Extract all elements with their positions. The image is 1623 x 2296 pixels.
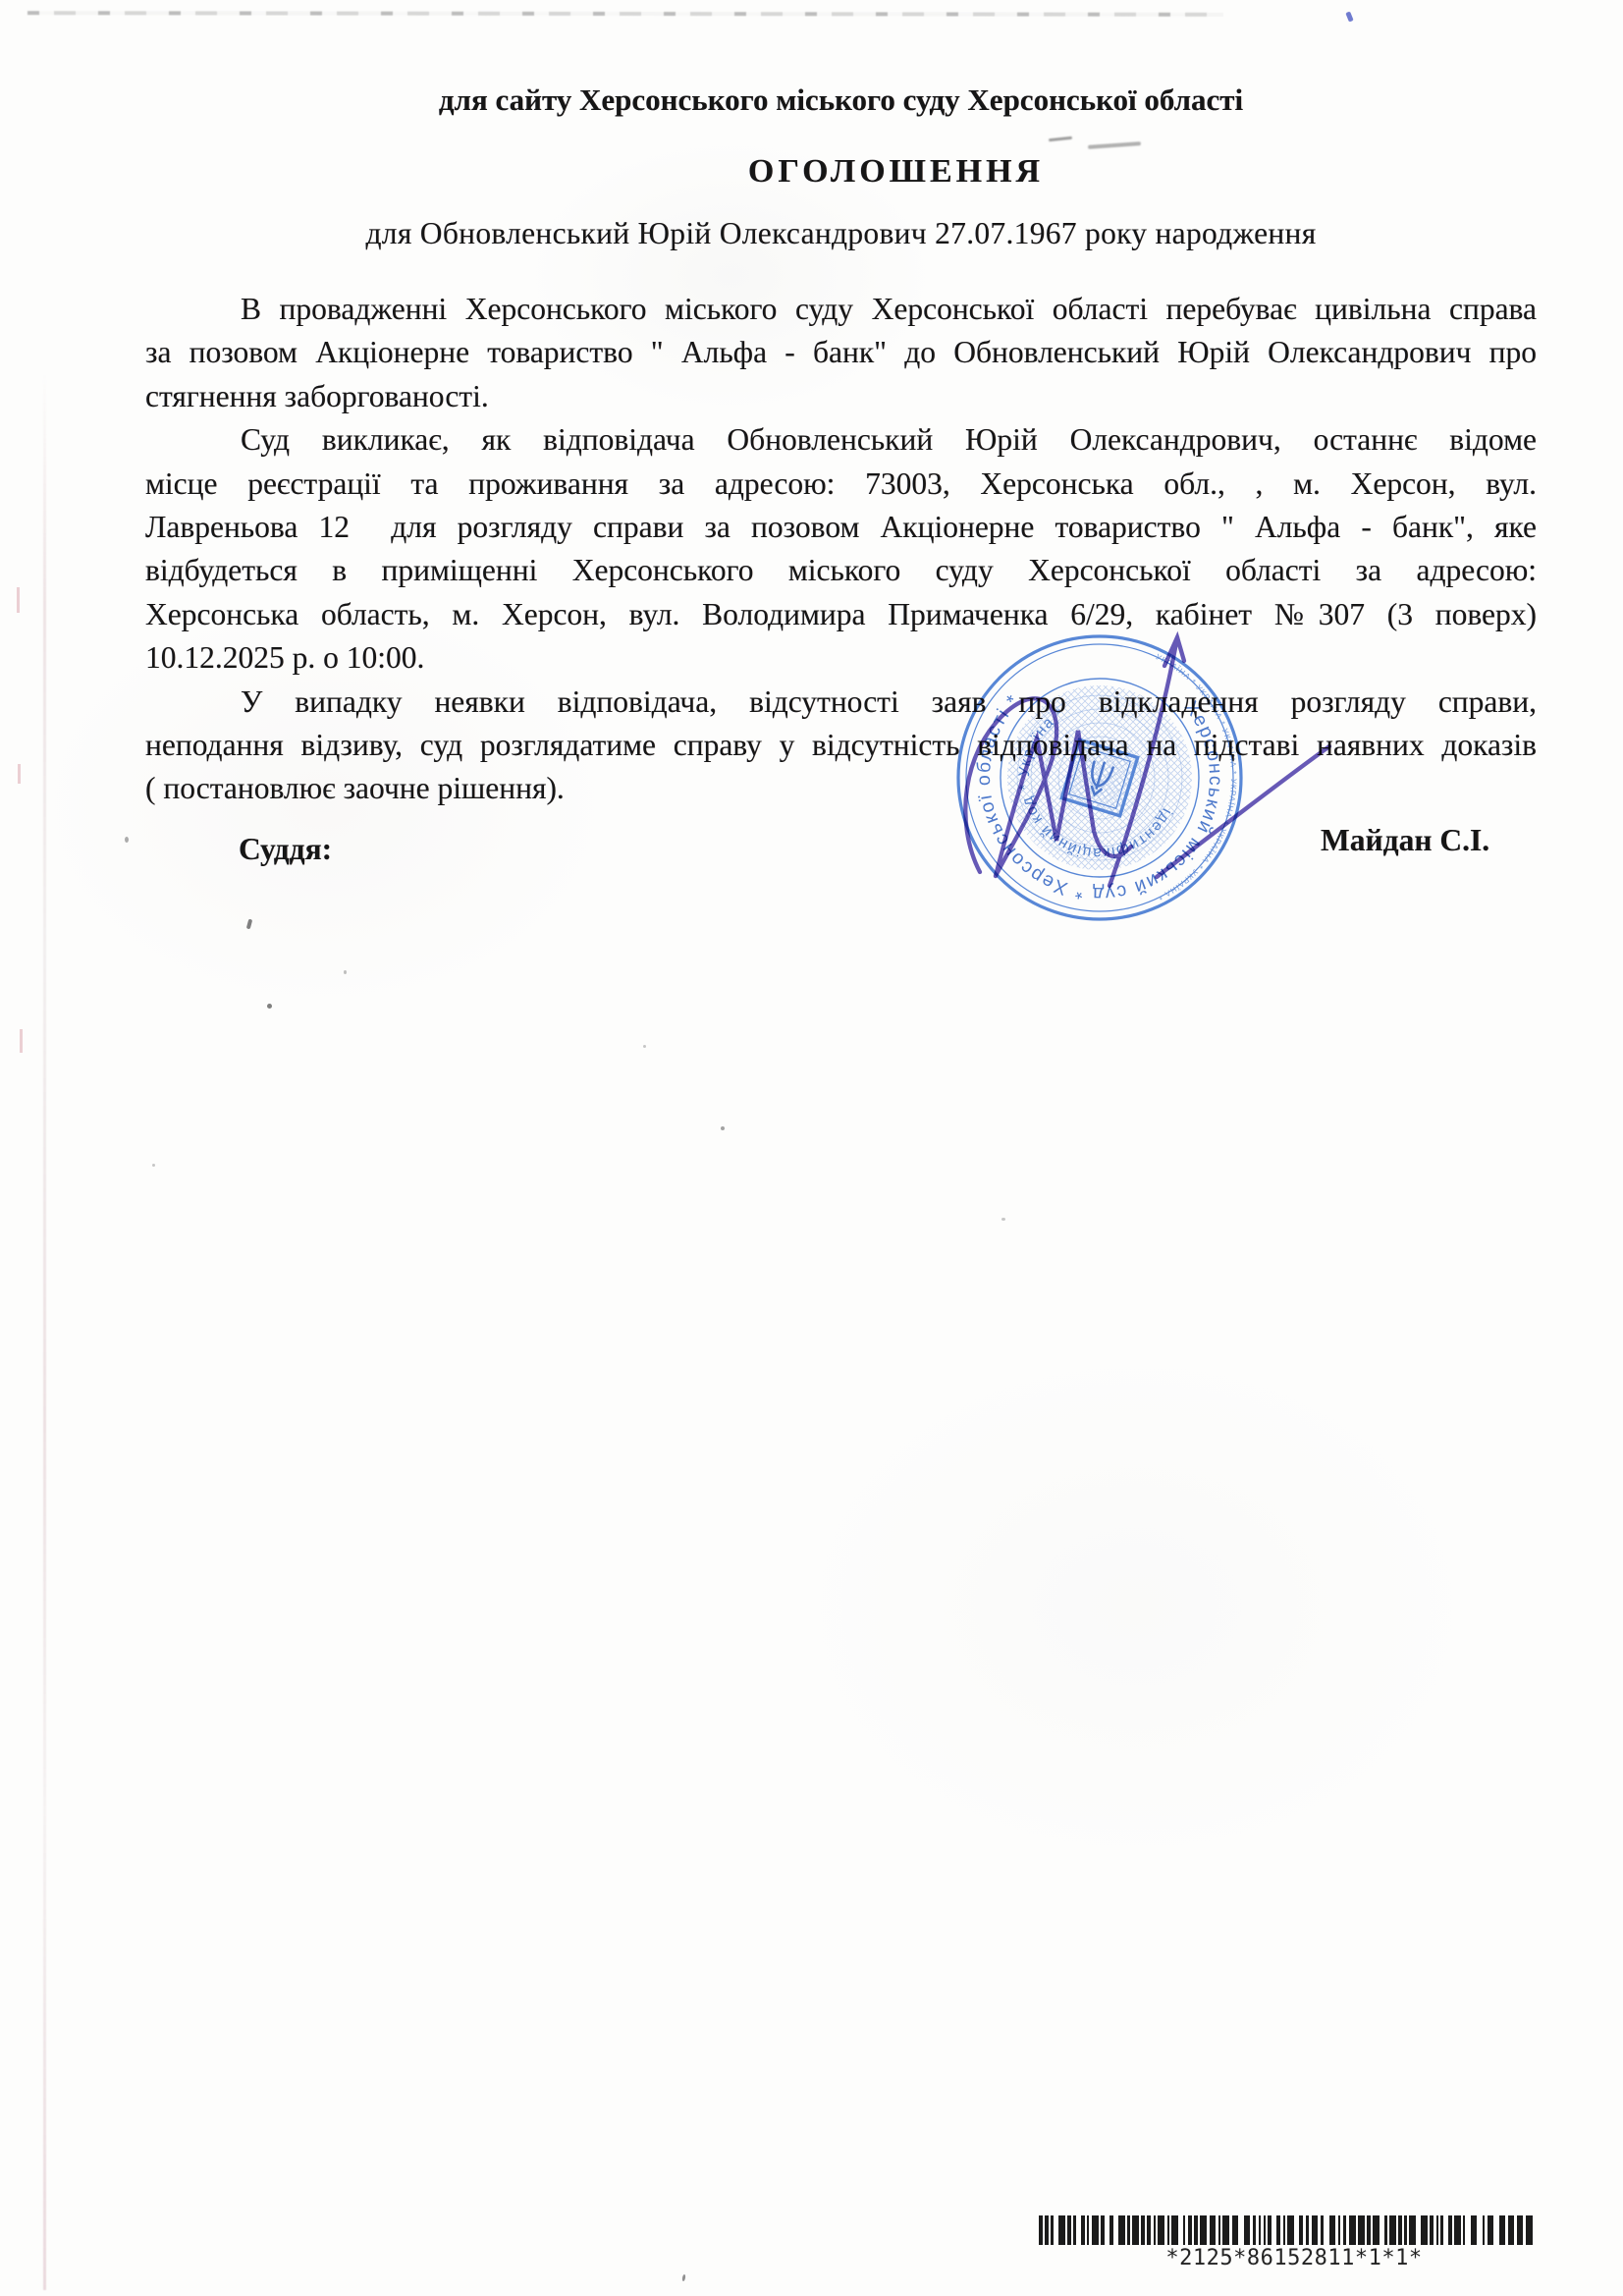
barcode-bar <box>1517 2215 1524 2245</box>
barcode-bar <box>1081 2215 1085 2245</box>
barcode-bar <box>1389 2215 1396 2245</box>
scan-speck <box>643 1045 646 1048</box>
scan-speck <box>721 1126 725 1130</box>
barcode-bar <box>1244 2215 1251 2245</box>
text-line: місце реєстрації та проживання за адресо… <box>145 463 1537 506</box>
barcode-bar <box>1384 2215 1386 2245</box>
barcode-bar <box>1232 2215 1239 2245</box>
barcode-bar <box>1039 2215 1043 2245</box>
scan-roller-streak <box>43 373 46 2290</box>
barcode-bar <box>1051 2215 1053 2245</box>
barcode-bar <box>1264 2215 1266 2245</box>
scanned-document-page: для сайту Херсонського міського суду Хер… <box>0 0 1623 2296</box>
barcode-bar <box>1183 2215 1185 2245</box>
text-line: за позовом Акціонерне товариство " Альфа… <box>145 331 1537 374</box>
barcode-bar <box>1045 2215 1049 2245</box>
barcode-bar <box>1508 2215 1515 2245</box>
scan-speck <box>18 764 21 784</box>
scan-speck <box>125 837 129 843</box>
barcode-bar <box>1194 2215 1198 2245</box>
barcode-bar <box>1421 2215 1428 2245</box>
scan-speck <box>246 919 252 930</box>
scan-speck <box>344 970 347 974</box>
text-line: Лавреньова 12 для розгляду справи за поз… <box>145 506 1537 549</box>
barcode-bar <box>1483 2215 1485 2245</box>
barcode-bar <box>1312 2215 1319 2245</box>
barcode-bar <box>1268 2215 1271 2245</box>
scan-edge-smudge <box>27 11 1223 17</box>
barcode-bar <box>1299 2215 1303 2245</box>
scan-smudge <box>1049 137 1072 141</box>
barcode-bar <box>1349 2215 1356 2245</box>
barcode-bar <box>1471 2215 1478 2245</box>
barcode-bar <box>1073 2215 1075 2245</box>
barcode-bar <box>1200 2215 1207 2245</box>
barcode-bar <box>1101 2215 1105 2245</box>
barcode-bar <box>1276 2215 1280 2245</box>
document-subtitle: для Обновленський Юрій Олександрович 27.… <box>145 216 1537 251</box>
scan-smudge <box>1088 141 1141 149</box>
judge-label: Суддя: <box>239 832 332 867</box>
barcode-bar <box>1158 2215 1164 2245</box>
barcode-bar <box>1436 2215 1438 2245</box>
barcode-bar <box>1171 2215 1178 2245</box>
barcode-bar <box>1218 2215 1220 2245</box>
barcode-bar <box>1409 2215 1416 2245</box>
barcode-bar <box>1454 2215 1461 2245</box>
barcode-bar <box>1373 2215 1380 2245</box>
barcode-bar <box>1259 2215 1261 2245</box>
barcode-bar <box>1440 2215 1442 2245</box>
scan-ink-speck <box>1345 11 1353 22</box>
barcode-bar <box>1358 2215 1365 2245</box>
barcode-bar <box>1404 2215 1406 2245</box>
barcode-text: *2125*86152811*1*1* <box>1108 2246 1481 2270</box>
scan-speck <box>267 1004 272 1009</box>
barcode: *2125*86152811*1*1* <box>1039 2215 1545 2270</box>
barcode-bar <box>1499 2215 1506 2245</box>
signature-svg <box>913 589 1384 943</box>
barcode-bar <box>1127 2215 1129 2245</box>
barcode-bar <box>1343 2215 1347 2245</box>
barcode-bar <box>1526 2215 1533 2245</box>
barcode-bar <box>1321 2215 1325 2245</box>
judge-signature <box>913 589 1384 943</box>
text-line: відбудеться в приміщенні Херсонського мі… <box>145 549 1537 592</box>
scan-speck <box>1001 1218 1005 1221</box>
barcode-bar <box>1287 2215 1294 2245</box>
barcode-bar <box>1448 2215 1452 2245</box>
barcode-bar <box>1067 2215 1071 2245</box>
barcode-bar <box>1188 2215 1192 2245</box>
barcode-bar <box>1253 2215 1257 2245</box>
scan-speck <box>681 2274 685 2281</box>
barcode-bar <box>1430 2215 1434 2245</box>
barcode-bar <box>1283 2215 1285 2245</box>
barcode-bar <box>1222 2215 1229 2245</box>
barcode-bar <box>1147 2215 1151 2245</box>
barcode-bar <box>1463 2215 1465 2245</box>
text-line: В провадженні Херсонського міського суду… <box>145 288 1537 331</box>
barcode-bar <box>1092 2215 1099 2245</box>
barcode-bar <box>1338 2215 1340 2245</box>
scan-speck <box>20 1029 23 1053</box>
barcode-bar <box>1154 2215 1156 2245</box>
scan-speck <box>152 1164 155 1167</box>
barcode-bar <box>1118 2215 1125 2245</box>
barcode-bar <box>1398 2215 1402 2245</box>
barcode-bars <box>1039 2215 1545 2245</box>
document-header: для сайту Херсонського міського суду Хер… <box>145 82 1537 118</box>
barcode-bar <box>1306 2215 1310 2245</box>
barcode-bar <box>1087 2215 1089 2245</box>
barcode-bar <box>1367 2215 1371 2245</box>
text-line: стягнення заборгованості. <box>145 375 1537 418</box>
scan-speck <box>17 587 20 613</box>
document-title: ОГОЛОШЕННЯ <box>200 153 1592 191</box>
barcode-bar <box>1210 2215 1217 2245</box>
barcode-bar <box>1488 2215 1494 2245</box>
barcode-bar <box>1167 2215 1169 2245</box>
barcode-bar <box>1132 2215 1139 2245</box>
barcode-bar <box>1109 2215 1113 2245</box>
text-line: Суд викликає, як відповідача Обновленськ… <box>145 418 1537 462</box>
barcode-bar <box>1141 2215 1145 2245</box>
barcode-bar <box>1329 2215 1336 2245</box>
barcode-bar <box>1058 2215 1065 2245</box>
